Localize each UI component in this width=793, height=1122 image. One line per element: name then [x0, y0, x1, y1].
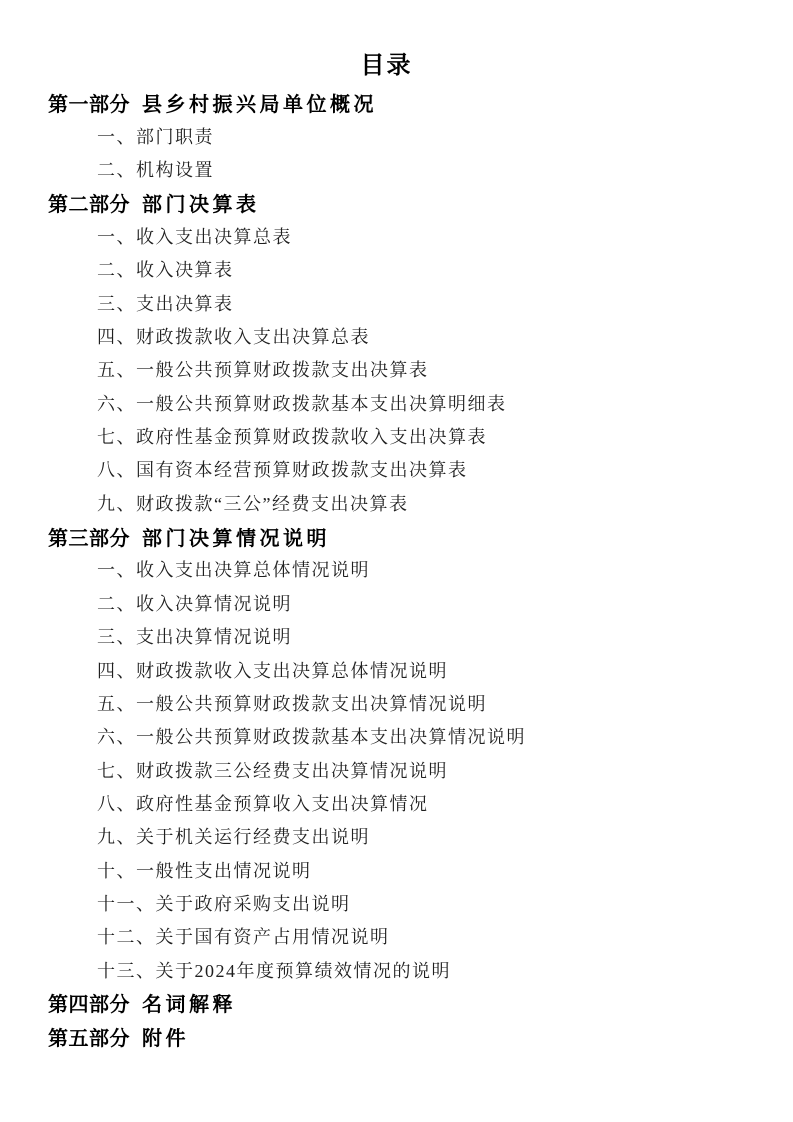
toc-part-label: 第五部分 — [48, 1022, 130, 1051]
toc-item: 一、部门职责 — [0, 119, 793, 152]
toc-item: 七、财政拨款三公经费支出决算情况说明 — [0, 753, 793, 786]
toc-item: 六、一般公共预算财政拨款基本支出决算明细表 — [0, 386, 793, 419]
toc-section-heading: 第一部分 县乡村振兴局单位概况 — [0, 86, 793, 119]
toc-item: 二、收入决算表 — [0, 253, 793, 286]
toc-item: 十、一般性支出情况说明 — [0, 853, 793, 886]
toc-part-label: 第一部分 — [48, 88, 130, 117]
toc-item: 一、收入支出决算总表 — [0, 219, 793, 252]
toc-item: 三、支出决算表 — [0, 286, 793, 319]
toc-part-label: 第四部分 — [48, 988, 130, 1017]
toc-part-label: 第二部分 — [48, 188, 130, 217]
toc-item: 四、财政拨款收入支出决算总表 — [0, 319, 793, 352]
toc-part-title: 县乡村振兴局单位概况 — [142, 88, 377, 117]
toc-item: 十一、关于政府采购支出说明 — [0, 886, 793, 919]
toc-item: 二、收入决算情况说明 — [0, 586, 793, 619]
toc-item: 十三、关于2024年度预算绩效情况的说明 — [0, 953, 793, 986]
toc-section-heading: 第四部分 名词解释 — [0, 986, 793, 1019]
toc-item: 十二、关于国有资产占用情况说明 — [0, 920, 793, 953]
toc-item: 四、财政拨款收入支出决算总体情况说明 — [0, 653, 793, 686]
toc-section-heading: 第二部分 部门决算表 — [0, 186, 793, 219]
table-of-contents: 第一部分 县乡村振兴局单位概况 一、部门职责二、机构设置 第二部分 部门决算表 … — [0, 86, 793, 1053]
page-title: 目录 — [0, 53, 783, 79]
toc-item: 九、财政拨款“三公”经费支出决算表 — [0, 486, 793, 519]
toc-item: 八、国有资本经营预算财政拨款支出决算表 — [0, 453, 793, 486]
toc-item: 七、政府性基金预算财政拨款收入支出决算表 — [0, 419, 793, 452]
toc-item: 五、一般公共预算财政拨款支出决算表 — [0, 353, 793, 386]
toc-section-heading: 第三部分 部门决算情况说明 — [0, 519, 793, 552]
document-page: 目录 第一部分 县乡村振兴局单位概况 一、部门职责二、机构设置 第二部分 部门决… — [0, 0, 793, 1122]
toc-part-title: 部门决算情况说明 — [142, 522, 330, 551]
toc-section-heading: 第五部分 附件 — [0, 1020, 793, 1053]
toc-part-title: 部门决算表 — [142, 188, 260, 217]
toc-item: 二、机构设置 — [0, 153, 793, 186]
toc-item: 九、关于机关运行经费支出说明 — [0, 820, 793, 853]
toc-part-title: 附件 — [142, 1022, 189, 1051]
toc-item: 一、收入支出决算总体情况说明 — [0, 553, 793, 586]
toc-item: 八、政府性基金预算收入支出决算情况 — [0, 786, 793, 819]
toc-item: 五、一般公共预算财政拨款支出决算情况说明 — [0, 686, 793, 719]
toc-part-title: 名词解释 — [142, 988, 236, 1017]
toc-item: 六、一般公共预算财政拨款基本支出决算情况说明 — [0, 720, 793, 753]
toc-item: 三、支出决算情况说明 — [0, 620, 793, 653]
toc-part-label: 第三部分 — [48, 522, 130, 551]
